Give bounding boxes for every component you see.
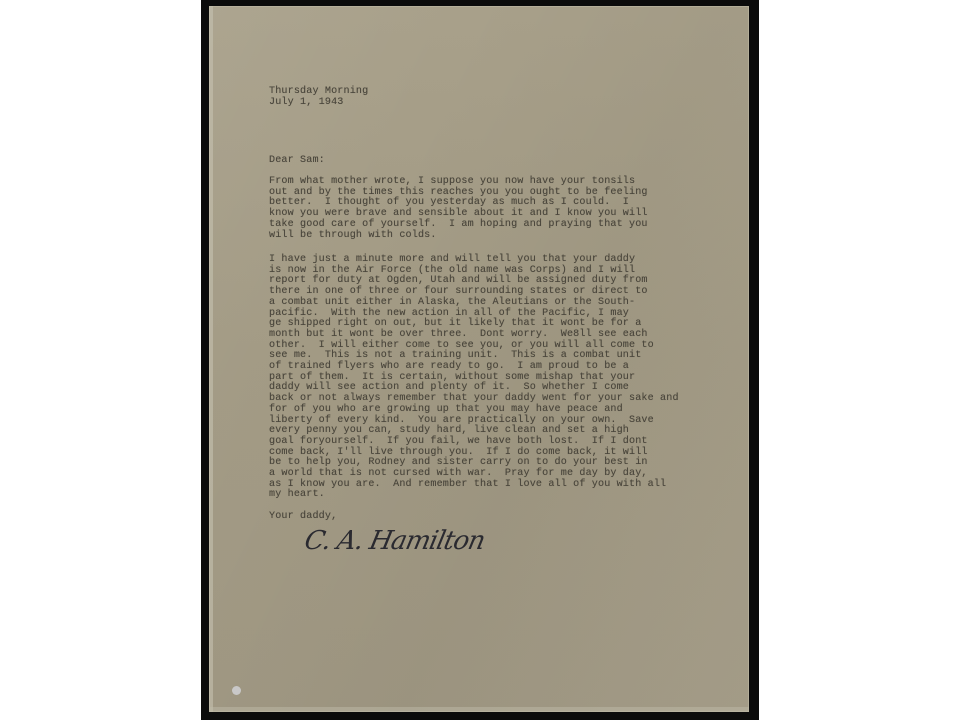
- text-line: my heart.: [269, 490, 679, 501]
- text-line: a combat unit either in Alaska, the Aleu…: [269, 298, 679, 309]
- letter-page: Thursday MorningJuly 1, 1943 Dear Sam: F…: [209, 6, 749, 712]
- document-viewer: Thursday MorningJuly 1, 1943 Dear Sam: F…: [0, 0, 960, 720]
- text-line: as I know you are. And remember that I l…: [269, 480, 679, 491]
- paper-edge: [209, 707, 749, 712]
- paper-edge: [209, 6, 213, 712]
- closing: Your daddy,: [269, 512, 337, 523]
- handwritten-signature: C. A. Hamilton: [302, 526, 487, 556]
- paragraph-1: From what mother wrote, I suppose you no…: [269, 177, 648, 241]
- paragraph-2: I have just a minute more and will tell …: [269, 255, 679, 501]
- text-line: will be through with colds.: [269, 231, 648, 242]
- dateline-date: July 1, 1943: [269, 98, 368, 109]
- text-line: for of you who are growing up that you m…: [269, 405, 679, 416]
- text-line: take good care of yourself. I am hoping …: [269, 220, 648, 231]
- salutation: Dear Sam:: [269, 156, 325, 167]
- punch-hole: [232, 686, 241, 695]
- dateline: Thursday MorningJuly 1, 1943: [269, 87, 368, 108]
